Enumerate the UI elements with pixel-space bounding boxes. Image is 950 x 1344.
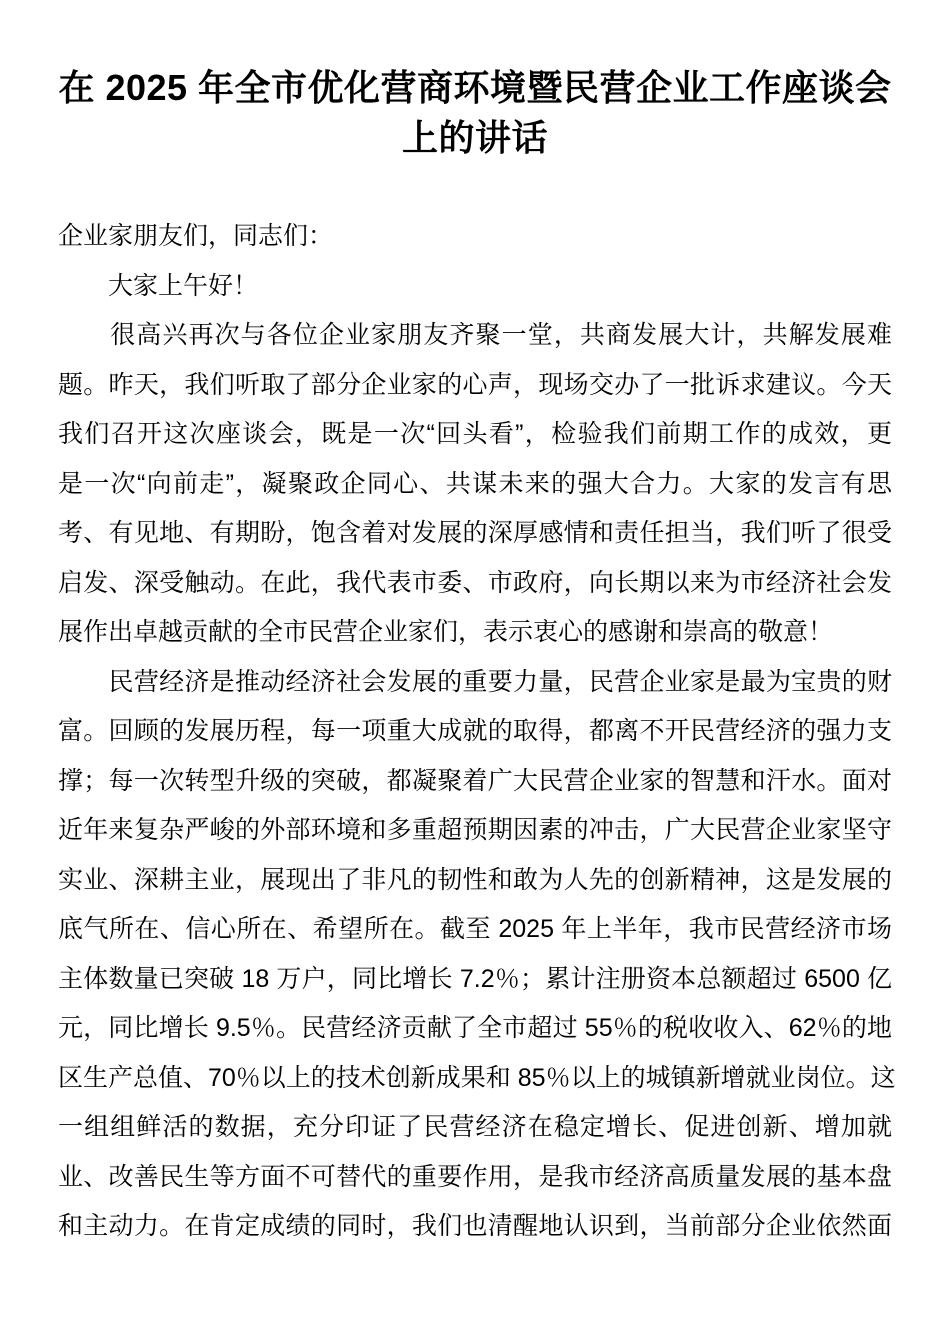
paragraph-line: 很高兴再次与各位企业家朋友齐聚一堂，共商发展大计，共解发展难 bbox=[58, 311, 892, 361]
paragraph-line: 富。回顾的发展历程，每一项重大成就的取得，都离不开民营经济的强力支 bbox=[58, 707, 892, 757]
paragraph-4: 民营经济是推动经济社会发展的重要力量，民营企业家是最为宝贵的财富。回顾的发展历程… bbox=[58, 658, 892, 1252]
paragraph-line: 是一次“向前走”，凝聚政企同心、共谋未来的强大合力。大家的发言有思 bbox=[58, 460, 892, 510]
paragraph-line: 民营经济是推动经济社会发展的重要力量，民营企业家是最为宝贵的财 bbox=[58, 658, 892, 708]
paragraph-line: 企业家朋友们，同志们： bbox=[58, 212, 892, 262]
paragraph-2: 大家上午好！ bbox=[58, 262, 892, 312]
paragraph-line: 撑；每一次转型升级的突破，都凝聚着广大民营企业家的智慧和汗水。面对 bbox=[58, 757, 892, 807]
paragraph-line: 实业、深耕主业，展现出了非凡的韧性和敢为人先的创新精神，这是发展的 bbox=[58, 856, 892, 906]
paragraph-1: 企业家朋友们，同志们： bbox=[58, 212, 892, 262]
paragraph-line: 题。昨天，我们听取了部分企业家的心声，现场交办了一批诉求建议。今天 bbox=[58, 361, 892, 411]
document-title-line-1: 在 2025 年全市优化营商环境暨民营企业工作座谈会 bbox=[40, 63, 910, 113]
document-title-line-2: 上的讲话 bbox=[40, 113, 910, 163]
paragraph-line: 一组组鲜活的数据，充分印证了民营经济在稳定增长、促进创新、增加就 bbox=[58, 1103, 892, 1153]
paragraph-line: 启发、深受触动。在此，我代表市委、市政府，向长期以来为市经济社会发 bbox=[58, 559, 892, 609]
paragraph-line: 我们召开这次座谈会，既是一次“回头看”，检验我们前期工作的成效，更 bbox=[58, 410, 892, 460]
paragraph-line: 底气所在、信心所在、希望所在。截至 2025 年上半年，我市民营经济市场 bbox=[58, 905, 892, 955]
document-title: 在 2025 年全市优化营商环境暨民营企业工作座谈会 上的讲话 bbox=[40, 63, 910, 163]
document-body: 企业家朋友们，同志们： 大家上午好！ 很高兴再次与各位企业家朋友齐聚一堂，共商发… bbox=[58, 212, 892, 1252]
paragraph-line: 主体数量已突破 18 万户，同比增长 7.2％；累计注册资本总额超过 6500 … bbox=[58, 955, 892, 1005]
paragraph-line: 展作出卓越贡献的全市民营企业家们，表示衷心的感谢和崇高的敬意！ bbox=[58, 608, 892, 658]
paragraph-line: 元，同比增长 9.5％。民营经济贡献了全市超过 55％的税收收入、62％的地 bbox=[58, 1004, 892, 1054]
paragraph-line: 大家上午好！ bbox=[58, 262, 892, 312]
paragraph-line: 业、改善民生等方面不可替代的重要作用，是我市经济高质量发展的基本盘 bbox=[58, 1153, 892, 1203]
paragraph-line: 近年来复杂严峻的外部环境和多重超预期因素的冲击，广大民营企业家坚守 bbox=[58, 806, 892, 856]
paragraph-line: 考、有见地、有期盼，饱含着对发展的深厚感情和责任担当，我们听了很受 bbox=[58, 509, 892, 559]
paragraph-line: 区生产总值、70％以上的技术创新成果和 85％以上的城镇新增就业岗位。这 bbox=[58, 1054, 892, 1104]
document-page: 在 2025 年全市优化营商环境暨民营企业工作座谈会 上的讲话 企业家朋友们，同… bbox=[0, 0, 950, 1344]
paragraph-3: 很高兴再次与各位企业家朋友齐聚一堂，共商发展大计，共解发展难题。昨天，我们听取了… bbox=[58, 311, 892, 658]
paragraph-line: 和主动力。在肯定成绩的同时，我们也清醒地认识到，当前部分企业依然面 bbox=[58, 1202, 892, 1252]
